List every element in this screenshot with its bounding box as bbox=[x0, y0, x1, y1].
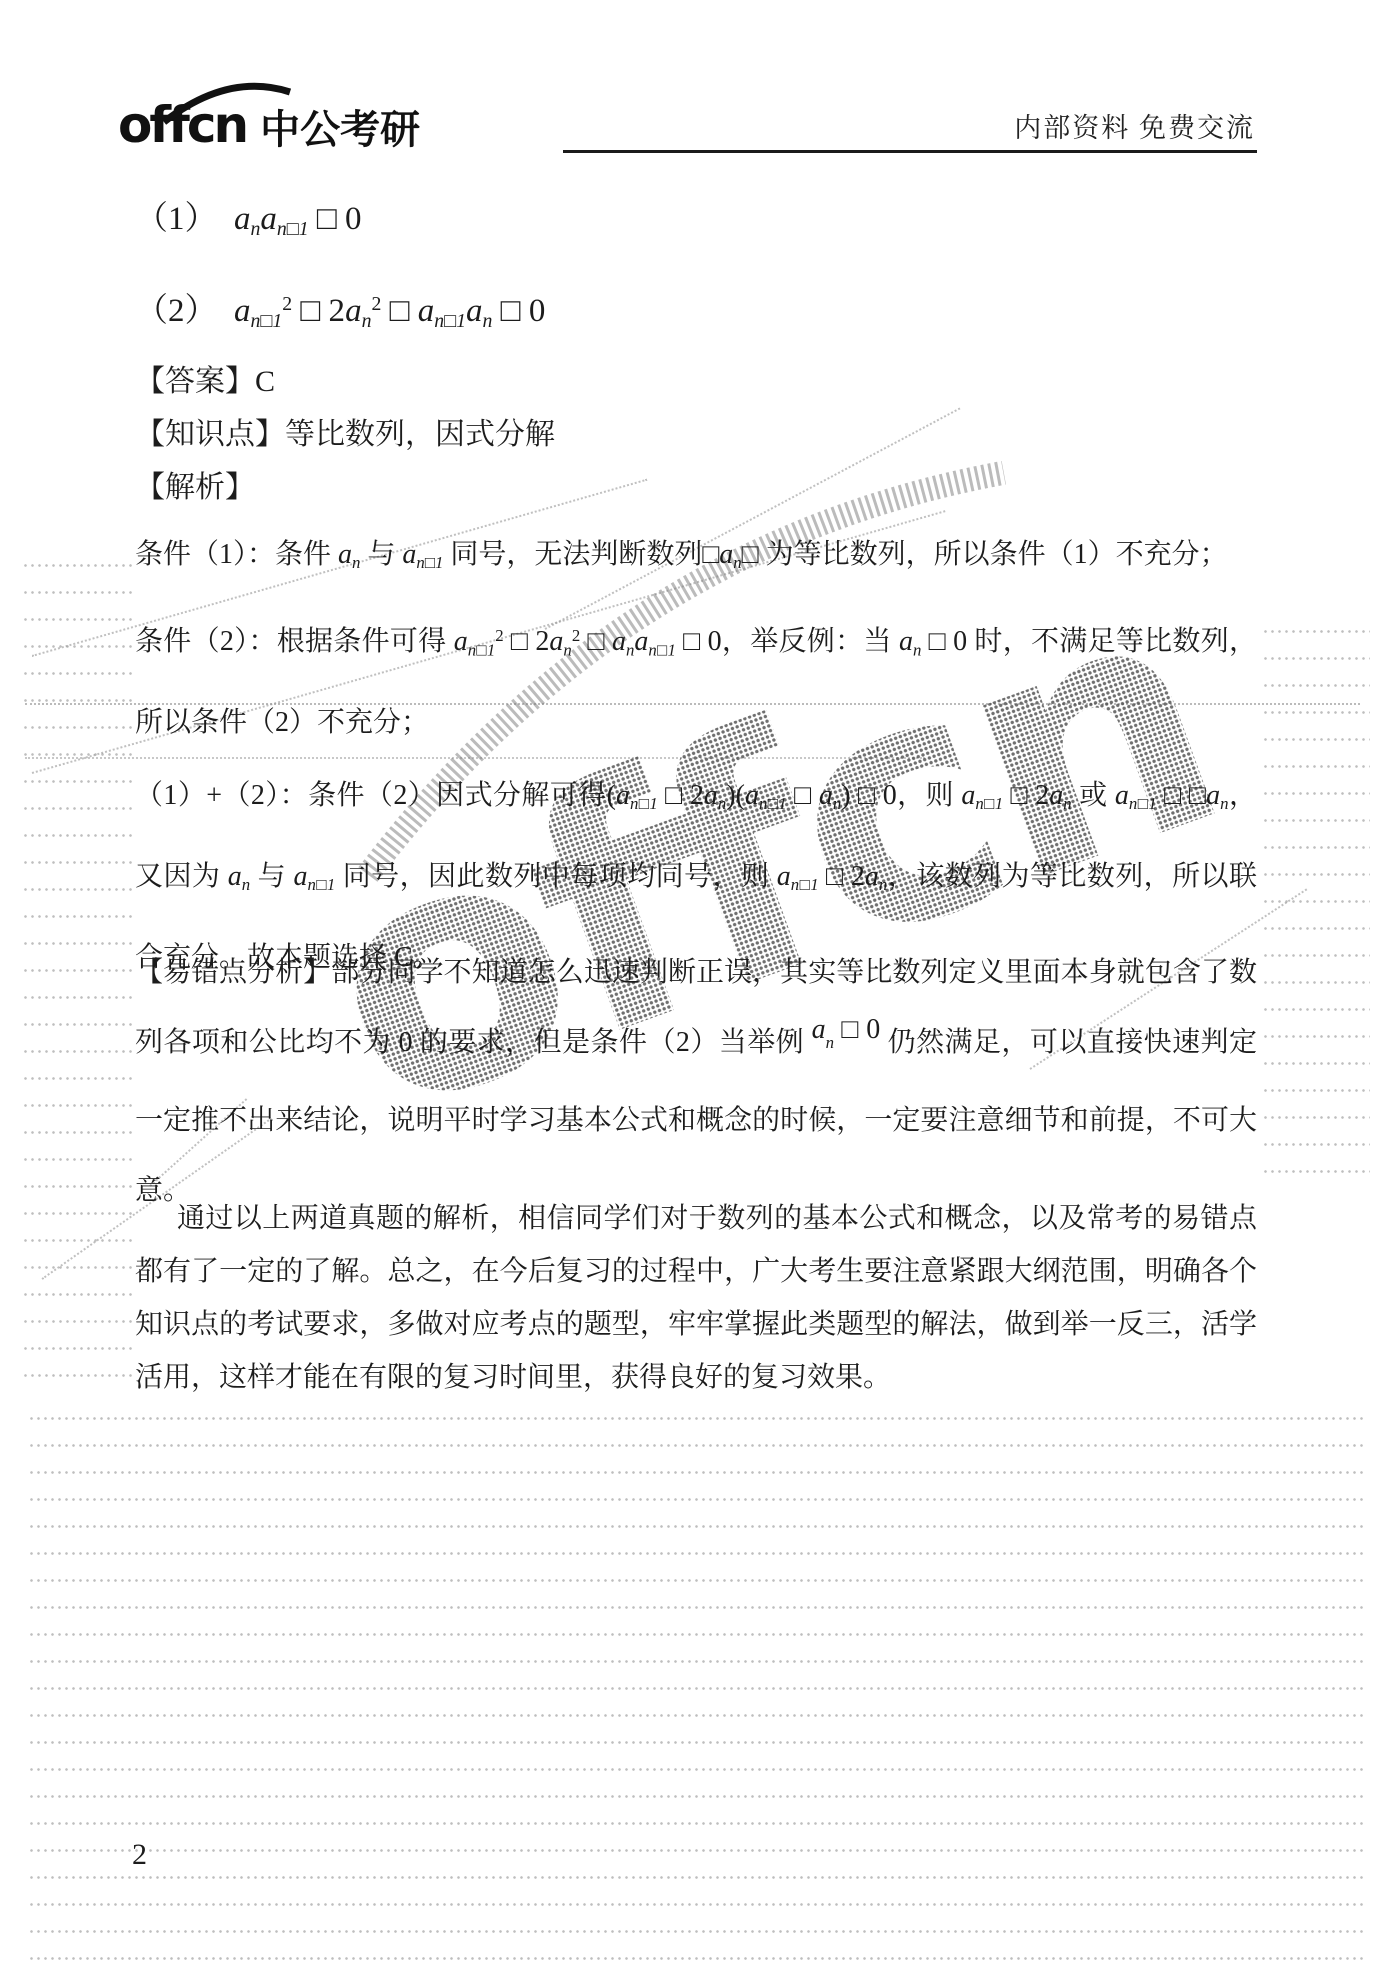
analysis-label: 【解析】 bbox=[135, 462, 1257, 506]
analysis-body: 条件（1）：条件 an 与 an□1 同号，无法判断数列□an□ 为等比数列，所… bbox=[135, 518, 1257, 994]
page-number: 2 bbox=[132, 1838, 147, 1872]
logo-swash-icon bbox=[158, 78, 298, 126]
condition-2: （2） an□12 □ 2an2 □ an□1an □ 0 bbox=[135, 284, 1257, 333]
answer-line: 【答案】C bbox=[135, 356, 1257, 400]
header-rule bbox=[563, 150, 1257, 153]
dotted-lines-left-margin bbox=[22, 552, 134, 1400]
dotted-lines-bottom bbox=[28, 1405, 1363, 1961]
mistake-analysis-paragraph: 【易错点分析】部分同学不知道怎么迅速判断正误，其实等比数列定义里面本身就包含了数… bbox=[135, 938, 1257, 1226]
header-note: 内部资料 免费交流 bbox=[860, 106, 1255, 145]
knowledge-point-line: 【知识点】等比数列，因式分解 bbox=[135, 409, 1257, 453]
condition-1: （1） anan□1 □ 0 bbox=[135, 192, 1257, 241]
analysis-paragraph-1: 条件（1）：条件 an 与 an□1 同号，无法判断数列□an□ 为等比数列，所… bbox=[135, 518, 1257, 599]
offcn-logo: offcn 中公考研 bbox=[118, 100, 420, 150]
analysis-paragraph-2: 条件（2）：根据条件可得 an□12 □ 2an2 □ anan□1 □ 0，举… bbox=[135, 599, 1257, 759]
dotted-lines-right-margin bbox=[1262, 618, 1370, 1178]
summary-paragraph: 通过以上两道真题的解析，相信同学们对于数列的基本公式和概念，以及常考的易错点都有… bbox=[135, 1192, 1257, 1404]
